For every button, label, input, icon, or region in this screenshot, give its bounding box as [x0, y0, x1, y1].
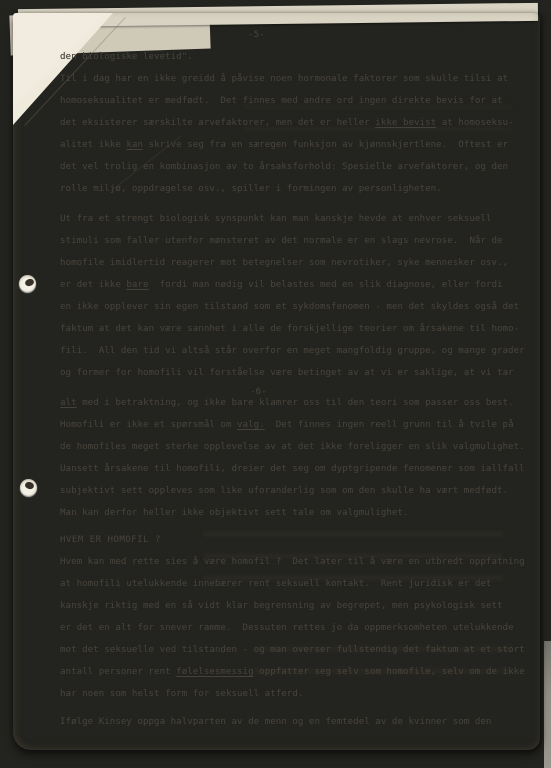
text-segment: en ikke opplever sin egen tilstand som e… — [60, 301, 519, 312]
text-line: en ikke opplever sin egen tilstand som e… — [60, 296, 528, 318]
text-segment: Ifølge Kinsey oppga halvparten av de men… — [60, 716, 491, 727]
text-segment: det eksisterer særskilte arvefaktorer, m… — [60, 117, 375, 128]
paragraph-2: Ut fra et strengt biologisk synspunkt ka… — [60, 208, 528, 384]
text-line: antall personer rent følelsesmessig oppf… — [60, 661, 528, 683]
text-line: det vel trolig en kombinasjon av to årsa… — [60, 156, 528, 178]
text-line: rolle miljø, oppdragelse osv., spiller i… — [60, 178, 528, 200]
paragraph-5: Ifølge Kinsey oppga halvparten av de men… — [60, 711, 528, 733]
text-line: de homofiles meget sterke opplevelse av … — [60, 436, 528, 458]
text-line: er det ikke bare fordi man nødig vil bel… — [60, 274, 528, 296]
text-segment: er det ikke — [60, 279, 126, 290]
text-segment: kanskje riktig med en så vidt klar begre… — [60, 600, 503, 611]
underlined-text: kan — [126, 139, 143, 150]
page-number-5: -5- — [248, 24, 528, 46]
text-segment: med i betraktning, og ikke bare klamrer … — [77, 397, 514, 408]
text-line: Homofili er ikke et spørsmål om valg. De… — [60, 414, 528, 436]
text-segment: Man kan derfor heller ikke objektivt set… — [60, 507, 408, 518]
text-line: og former for homofili vil forståelse væ… — [60, 362, 528, 384]
text-segment: antall personer rent — [60, 666, 176, 677]
text-segment: har noen som helst form for seksuell atf… — [60, 688, 303, 699]
text-line: Ut fra et strengt biologisk synspunkt ka… — [60, 208, 528, 230]
text-segment: faktum at det kan være sannhet i alle de… — [60, 323, 519, 334]
text-segment: at homofili utelukkende innebærer rent s… — [60, 578, 491, 589]
text-segment: Ut fra et strengt biologisk synspunkt ka… — [60, 213, 491, 224]
text-line: Uansett årsakene til homofili, dreier de… — [60, 458, 528, 480]
text-line: det eksisterer særskilte arvefaktorer, m… — [60, 112, 528, 134]
text-line: homofile imidlertid reagerer mot betegne… — [60, 252, 528, 274]
section-heading: HVEM ER HOMOFIL ? — [60, 529, 528, 551]
text-segment: fordi man nødig vil belastes med en slik… — [149, 279, 503, 290]
text-blocks: -5-den biologiske levetid".Til i dag har… — [60, 24, 528, 733]
text-segment: mot det seksuelle ved tilstanden - og ma… — [60, 644, 525, 655]
text-line: stimuli som faller utenfor mønsteret av … — [60, 230, 528, 252]
underlined-text: ikke bevist — [375, 117, 436, 128]
underlined-text: alt — [60, 397, 77, 408]
text-segment: Homofili er ikke et spørsmål om — [60, 419, 237, 430]
text-line: Ifølge Kinsey oppga halvparten av de men… — [60, 711, 528, 733]
text-line: fili. All den tid vi altså står overfor … — [60, 340, 528, 362]
text-segment: rolle miljø, oppdragelse osv., spiller i… — [60, 183, 442, 194]
desk-edge-strip — [544, 641, 551, 768]
text-segment: er det en alt for snever ramme. Dessuten… — [60, 622, 514, 633]
paragraph-3: alt med i betraktning, og ikke bare klam… — [60, 392, 528, 524]
text-line: Til i dag har en ikke greidd å påvise no… — [60, 68, 528, 90]
text-line: er det en alt for snever ramme. Dessuten… — [60, 617, 528, 639]
text-line: alitet ikke kan skrive seg fra en særege… — [60, 134, 528, 156]
text-line: mot det seksuelle ved tilstanden - og ma… — [60, 639, 528, 661]
text-segment: oppfatter seg selv som homofile, selv om… — [254, 666, 525, 677]
text-segment: det vel trolig en kombinasjon av to årsa… — [60, 161, 508, 172]
text-line: subjektivt sett oppleves som like uforan… — [60, 480, 528, 502]
text-segment: Hvem kan med rette sies å være homofil ?… — [60, 556, 525, 567]
text-segment: de homofiles meget sterke opplevelse av … — [60, 441, 525, 452]
text-segment: Uansett årsakene til homofili, dreier de… — [60, 463, 525, 474]
text-line: Man kan derfor heller ikke objektivt set… — [60, 502, 528, 524]
text-line: har noen som helst form for seksuell atf… — [60, 683, 528, 705]
text-line: homoseksualitet er medfødt. Det finnes m… — [60, 90, 528, 112]
text-segment: homoseksualitet er medfødt. Det finnes m… — [60, 95, 503, 106]
document-page: -5-den biologiske levetid".Til i dag har… — [13, 13, 540, 750]
typed-content: -5-den biologiske levetid".Til i dag har… — [13, 13, 540, 750]
text-segment: fili. All den tid vi altså står overfor … — [60, 345, 525, 356]
text-line: faktum at det kan være sannhet i alle de… — [60, 318, 528, 340]
text-segment: skrive seg fra en særegen funksjon av kj… — [143, 139, 508, 150]
text-segment: den biologiske levetid". — [60, 51, 193, 62]
text-line: at homofili utelukkende innebærer rent s… — [60, 573, 528, 595]
text-segment: at homoseksu- — [436, 117, 513, 128]
text-line: kanskje riktig med en så vidt klar begre… — [60, 595, 528, 617]
text-segment: alitet ikke — [60, 139, 126, 150]
text-line: Hvem kan med rette sies å være homofil ?… — [60, 551, 528, 573]
text-segment: og former for homofili vil forståelse væ… — [60, 367, 514, 378]
text-segment: Til i dag har en ikke greidd å påvise no… — [60, 73, 508, 84]
text-segment: subjektivt sett oppleves som like uforan… — [60, 485, 508, 496]
text-segment: Det finnes ingen reell grunn til å tvile… — [265, 419, 514, 430]
text-line: alt med i betraktning, og ikke bare klam… — [60, 392, 528, 414]
text-segment: stimuli som faller utenfor mønsteret av … — [60, 235, 503, 246]
paragraph-1: den biologiske levetid".Til i dag har en… — [60, 46, 528, 200]
underlined-text: bare — [126, 279, 148, 290]
underlined-text: følelsesmessig — [176, 666, 253, 677]
underlined-text: valg. — [237, 419, 265, 430]
text-line: den biologiske levetid". — [60, 46, 528, 68]
text-segment: homofile imidlertid reagerer mot betegne… — [60, 257, 508, 268]
paragraph-4: Hvem kan med rette sies å være homofil ?… — [60, 551, 528, 705]
